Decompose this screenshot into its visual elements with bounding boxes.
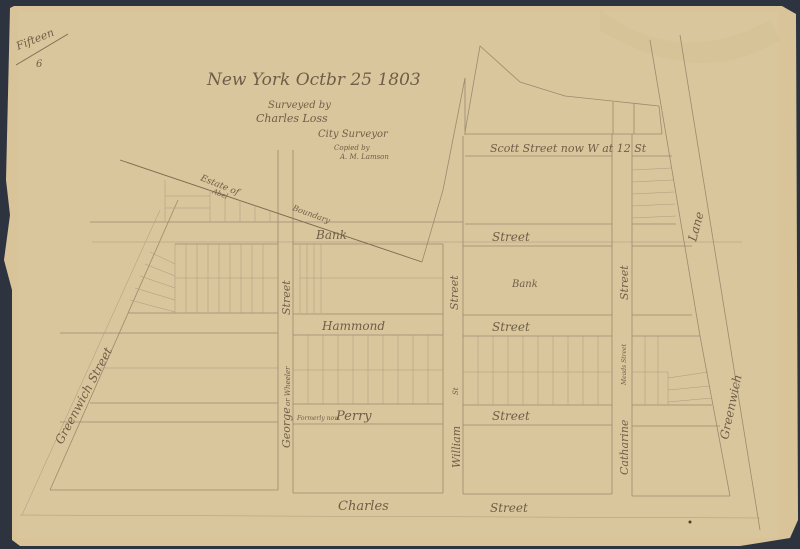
svg-text:Formerly now: Formerly now: [296, 415, 340, 422]
svg-text:Meads Street: Meads Street: [621, 343, 628, 386]
svg-text:Surveyed by: Surveyed by: [268, 100, 331, 111]
svg-text:or Wheeler: or Wheeler: [284, 366, 292, 406]
map-title: New York Octbr 25 1803: [206, 70, 421, 90]
svg-text:Street: Street: [448, 275, 461, 310]
map-sheet: Fifteen 6 New York Octbr 25 1803 Surveye…: [0, 0, 800, 549]
svg-text:Street: Street: [492, 320, 530, 334]
label-hammond: Hammond: [321, 319, 385, 333]
svg-text:Street: Street: [492, 409, 530, 423]
label-george: George: [280, 407, 293, 448]
svg-text:Street: Street: [618, 265, 631, 300]
label-catharine: Catharine: [618, 419, 631, 475]
label-bank-block: Bank: [511, 279, 538, 290]
svg-text:Street: Street: [490, 501, 528, 515]
svg-text:City Surveyor: City Surveyor: [318, 129, 389, 140]
svg-text:St: St: [452, 387, 460, 395]
svg-text:Street: Street: [492, 230, 530, 244]
label-perry: Perry: [335, 409, 372, 424]
label-charles: Charles: [338, 499, 389, 514]
svg-text:6: 6: [36, 59, 43, 70]
svg-text:Copied by: Copied by: [334, 144, 371, 152]
survey-map: Fifteen 6 New York Octbr 25 1803 Surveye…: [0, 0, 800, 549]
svg-text:Charles Loss: Charles Loss: [256, 112, 328, 125]
label-scott-street: Scott Street now W at 12 St: [490, 142, 647, 155]
label-bank: Bank: [315, 228, 347, 242]
svg-text:Street: Street: [280, 280, 293, 315]
svg-text:A. M. Lamson: A. M. Lamson: [339, 153, 389, 161]
label-william: William: [450, 426, 463, 468]
